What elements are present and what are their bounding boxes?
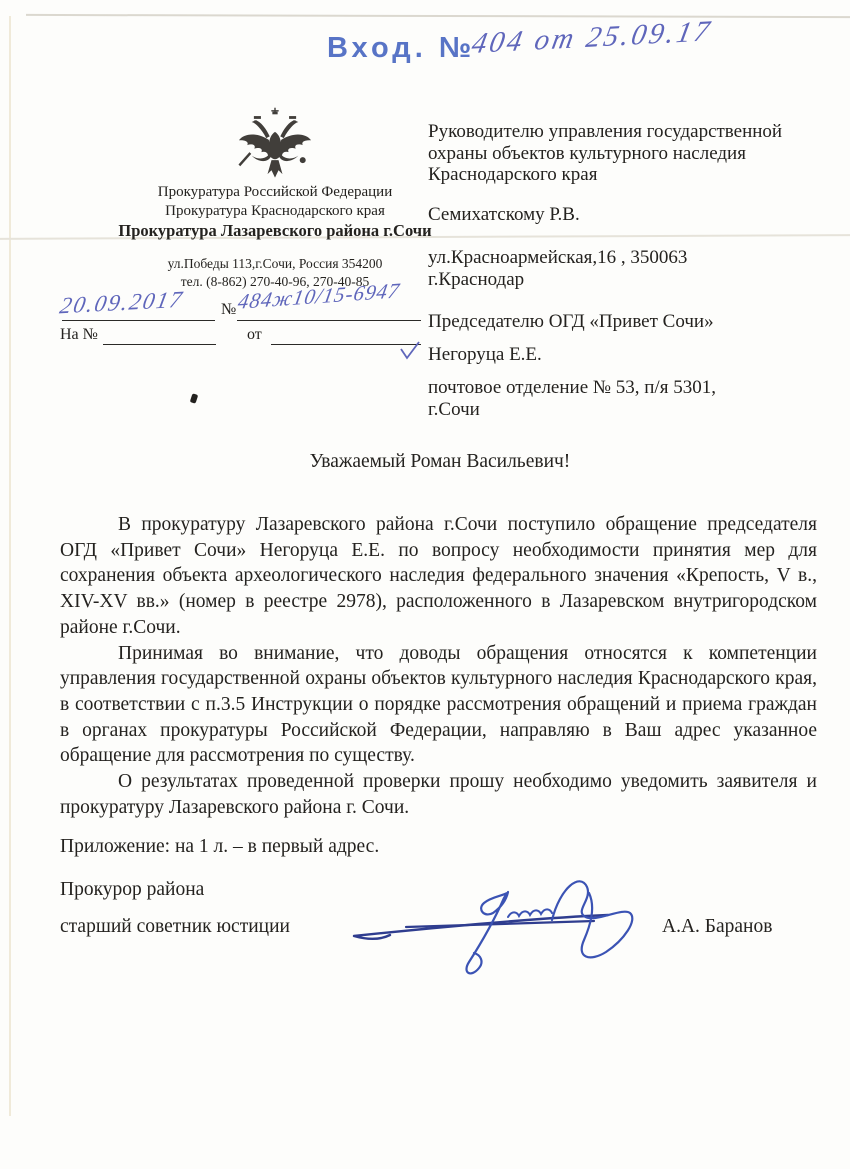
recipient2-address: почтовое отделение № 53, п/я 5301, г.Соч… — [428, 377, 798, 420]
coat-of-arms-icon — [231, 106, 319, 186]
signature-autograph — [350, 866, 668, 986]
letter-body: В прокуратуру Лазаревского района г.Сочи… — [60, 512, 817, 820]
recipient2-address-line1: почтовое отделение № 53, п/я 5301, — [428, 377, 798, 399]
attachment-note: Приложение: на 1 л. – в первый адрес. — [60, 836, 379, 858]
incoming-stamp-label: Вход. № — [327, 32, 475, 65]
signer-name: А.А. Баранов — [662, 916, 772, 938]
letterhead-org-line1: Прокуратура Российской Федерации — [80, 184, 470, 201]
letterhead-org-line3: Прокуратура Лазаревского района г.Сочи — [80, 221, 470, 241]
scan-speck — [190, 393, 198, 403]
paper-edge-left — [9, 16, 11, 1116]
na-underline — [103, 326, 216, 345]
ot-label: от — [247, 326, 262, 344]
recipient1-name: Семихатскому Р.В. — [428, 204, 798, 226]
paragraph-3: О результатах проведенной проверки прошу… — [60, 769, 817, 820]
recipient2-name: Негоруца Е.Е. — [428, 344, 798, 366]
number-label: № — [221, 301, 236, 319]
signer-position-line1: Прокурор района — [60, 879, 204, 901]
paragraph-2: Принимая во внимание, что доводы обращен… — [60, 641, 817, 770]
paragraph-1: В прокуратуру Лазаревского района г.Сочи… — [60, 512, 817, 641]
recipient1-address: ул.Красноармейская,16 , 350063 г.Краснод… — [428, 247, 798, 290]
letterhead-org-line2: Прокуратура Краснодарского края — [80, 203, 470, 220]
recipient1-title: Руководителю управления государственной … — [428, 121, 798, 186]
signer-position-line2: старший советник юстиции — [60, 916, 290, 938]
na-number-label: На № — [60, 326, 98, 344]
recipient1-address-line2: г.Краснодар — [428, 269, 798, 291]
checkmark-icon — [399, 341, 421, 361]
recipient2-address-line2: г.Сочи — [428, 399, 798, 421]
recipient1-address-line1: ул.Красноармейская,16 , 350063 — [428, 247, 798, 269]
letterhead-address: ул.Победы 113,г.Сочи, Россия 354200 — [80, 256, 470, 272]
salutation: Уважаемый Роман Васильевич! — [60, 451, 820, 473]
scanned-letter-page: Вход. № 404 от 25.09.17 Прокуратура Росс… — [0, 0, 850, 1169]
incoming-stamp-handwritten-number: 404 от 25.09.17 — [469, 12, 775, 61]
recipient2-title: Председателю ОГД «Привет Сочи» — [428, 311, 798, 333]
